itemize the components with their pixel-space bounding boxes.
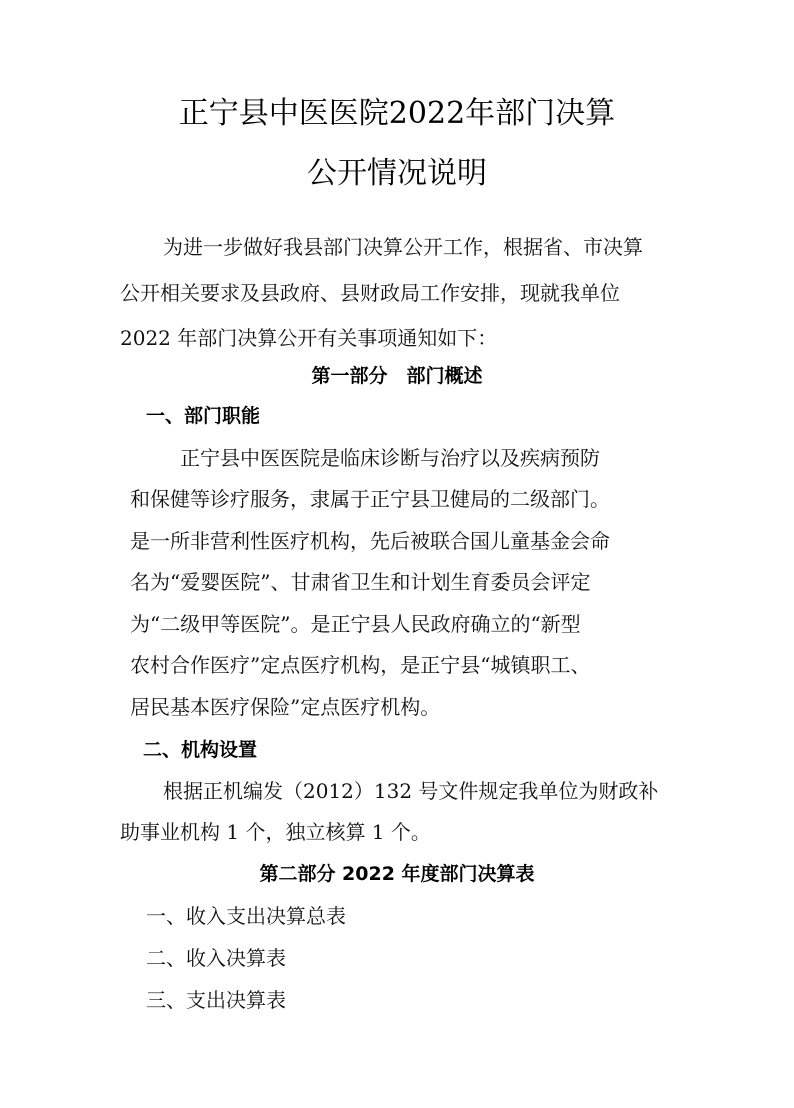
part2-heading: 第二部分 2022 年度部门决算表	[0, 862, 794, 886]
section1-line-4: 名为“爱婴医院”、甘肃省卫生和计划生育委员会评定	[130, 570, 590, 594]
intro-line-2: 公开相关要求及县政府、县财政局工作安排，现就我单位	[120, 281, 620, 305]
section1-heading: 一、部门职能	[146, 404, 260, 428]
document-title-line2: 公开情况说明	[0, 156, 794, 192]
section2-line-1: 根据正机编发（2012）132 号文件规定我单位为财政补	[163, 779, 658, 803]
part2-item-3: 三、支出决算表	[146, 988, 286, 1012]
intro-line-3: 2022 年部门决算公开有关事项通知如下：	[120, 326, 497, 350]
section1-line-1: 正宁县中医医院是临床诊断与治疗以及疾病预防	[180, 446, 600, 470]
section1-line-7: 居民基本医疗保险”定点医疗机构。	[130, 695, 440, 719]
document-title-line1: 正宁县中医医院2022年部门决算	[0, 96, 794, 132]
section1-line-5: 为“二级甲等医院”。是正宁县人民政府确立的“新型	[130, 612, 581, 636]
part2-item-2: 二、收入决算表	[146, 946, 286, 970]
section2-line-2: 助事业机构 1 个，独立核算 1 个。	[120, 820, 431, 844]
section1-line-6: 农村合作医疗”定点医疗机构，是正宁县“城镇职工、	[130, 653, 590, 677]
section1-line-3: 是一所非营利性医疗机构，先后被联合国儿童基金会命	[130, 529, 610, 553]
part2-item-1: 一、收入支出决算总表	[146, 904, 346, 928]
part1-heading: 第一部分 部门概述	[0, 364, 794, 388]
section2-heading: 二、机构设置	[143, 738, 257, 762]
section1-line-2: 和保健等诊疗服务，隶属于正宁县卫健局的二级部门。	[130, 487, 610, 511]
intro-line-1: 为进一步做好我县部门决算公开工作，根据省、市决算	[163, 235, 643, 259]
